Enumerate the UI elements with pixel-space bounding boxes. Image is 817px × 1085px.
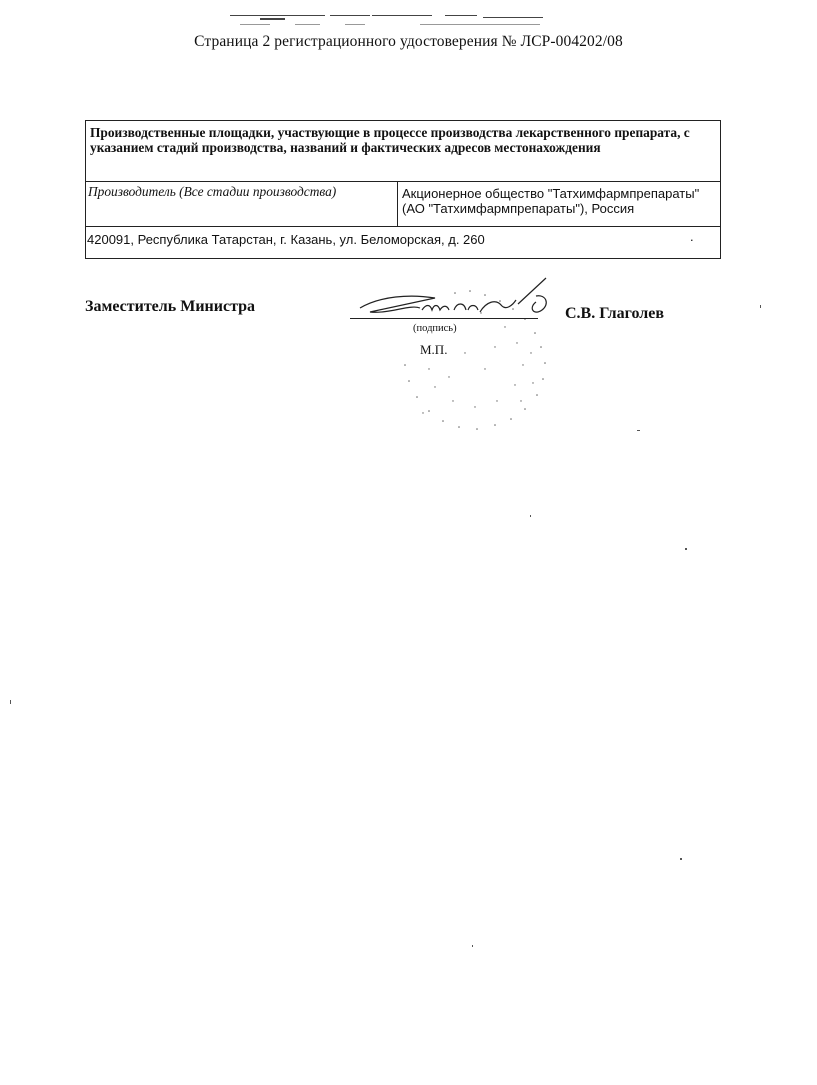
address-row: 420091, Республика Татарстан, г. Казань,… [86, 227, 721, 259]
signer-name: С.В. Глаголев [565, 305, 664, 323]
seal-label: М.П. [420, 342, 447, 358]
handwritten-signature [350, 274, 580, 324]
table-header-row: Производственные площадки, участвующие в… [86, 121, 721, 182]
scan-speck: · [690, 232, 694, 247]
signature-line [350, 318, 538, 319]
production-stage-cell: Производитель (Все стадии производства) [86, 182, 398, 227]
address-text: 420091, Республика Татарстан, г. Казань,… [87, 232, 485, 247]
manufacturer-cell: Акционерное общество "Татхимфармпрепарат… [398, 182, 721, 227]
signer-title: Заместитель Министра [85, 298, 255, 316]
table-header-cell: Производственные площадки, участвующие в… [86, 121, 721, 182]
page-header: Страница 2 регистрационного удостоверени… [0, 33, 817, 51]
address-cell: 420091, Республика Татарстан, г. Казань,… [86, 227, 721, 259]
signature-caption: (подпись) [413, 323, 457, 334]
table-row: Производитель (Все стадии производства) … [86, 182, 721, 227]
production-sites-table: Производственные площадки, участвующие в… [85, 120, 721, 259]
